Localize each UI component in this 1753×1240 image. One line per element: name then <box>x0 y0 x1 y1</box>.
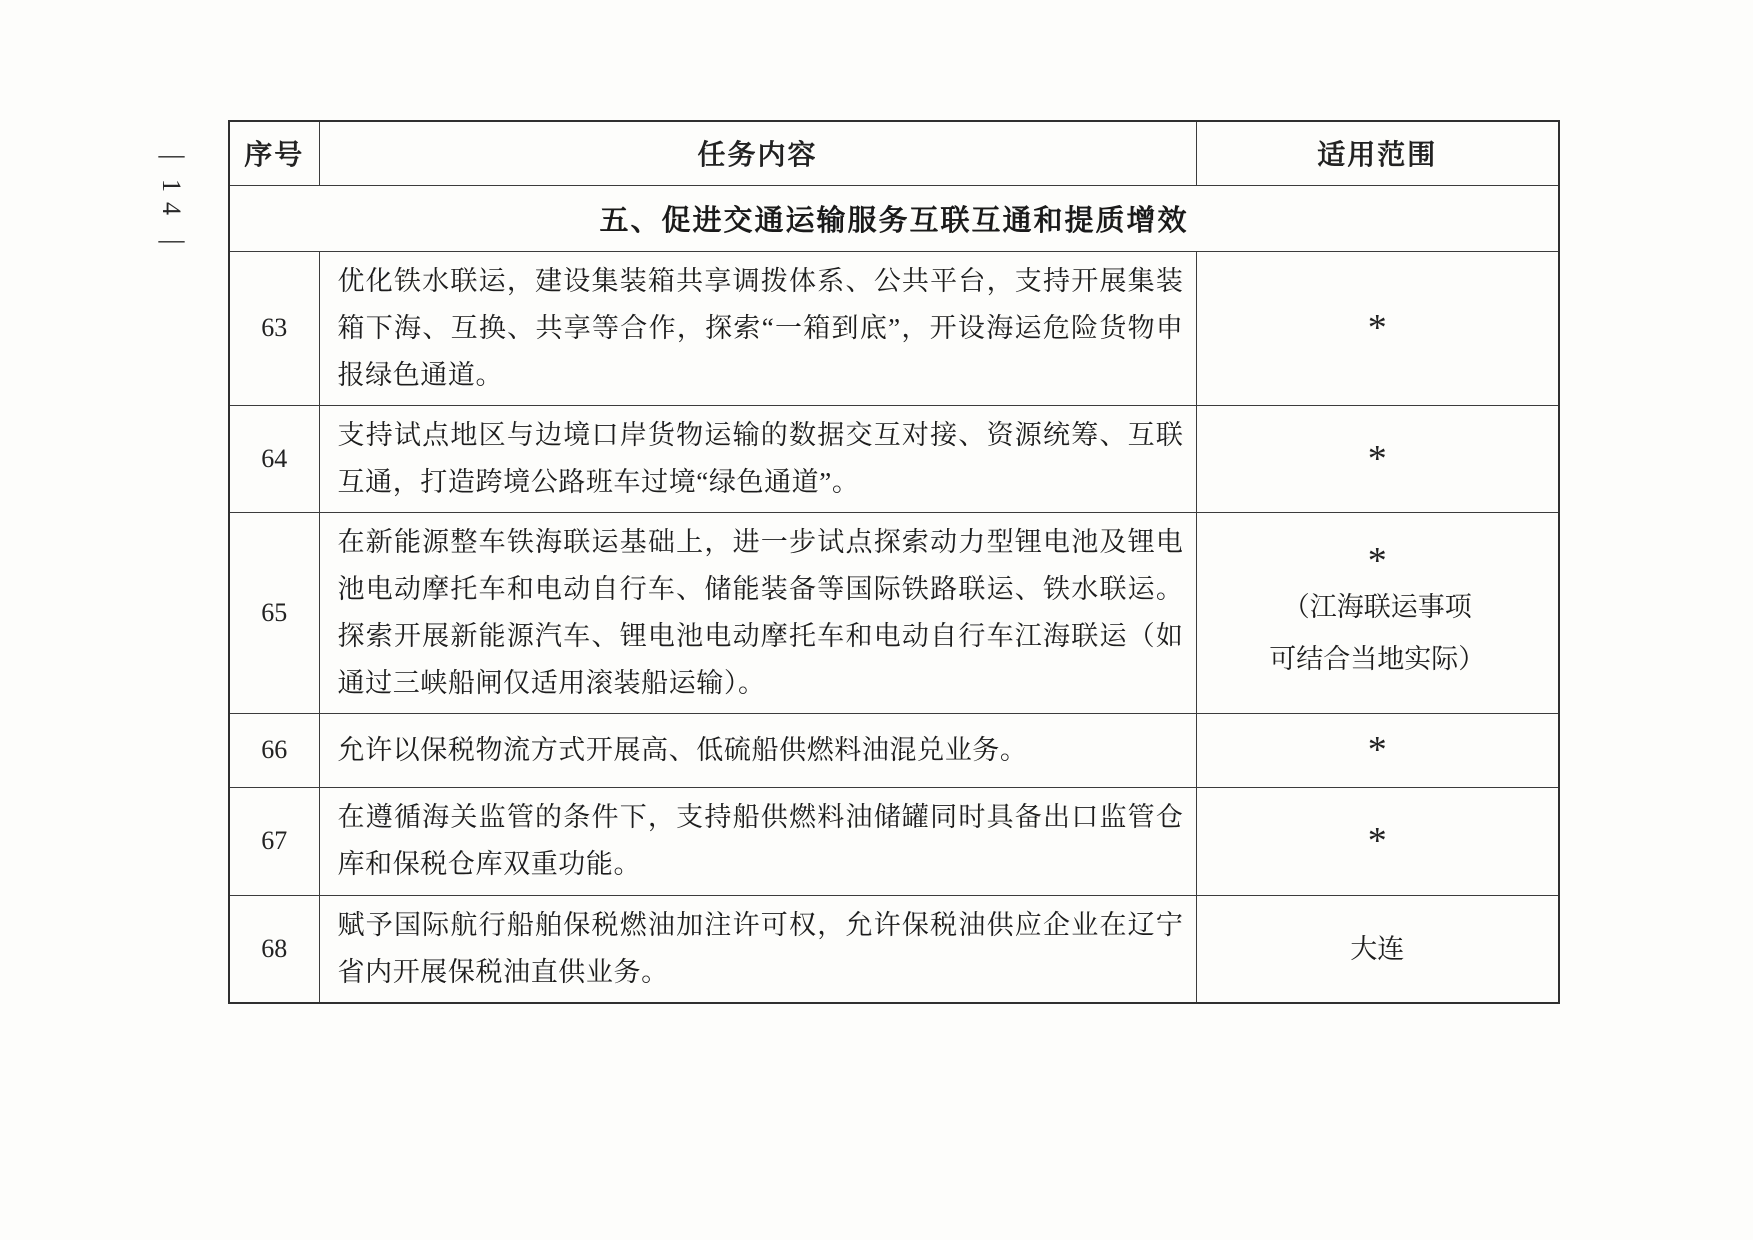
row-65-scope: * （江海联运事项 可结合当地实际） <box>1196 512 1559 713</box>
row-66-content: 允许以保税物流方式开展高、低硫船供燃料油混兑业务。 <box>319 713 1196 787</box>
row-65-content: 在新能源整车铁海联运基础上，进一步试点探索动力型锂电池及锂电池电动摩托车和电动自… <box>319 512 1196 713</box>
row-67-number: 67 <box>229 787 319 895</box>
row-63-content: 优化铁水联运，建设集装箱共享调拨体系、公共平台，支持开展集装箱下海、互换、共享等… <box>319 251 1196 405</box>
row-68-number: 68 <box>229 895 319 1003</box>
scope-note-line: （江海联运事项 <box>1198 581 1558 633</box>
table-row: 66 允许以保税物流方式开展高、低硫船供燃料油混兑业务。 * <box>229 713 1559 787</box>
row-68-content: 赋予国际航行船舶保税燃油加注许可权，允许保税油供应企业在辽宁省内开展保税油直供业… <box>319 895 1196 1003</box>
header-scope: 适用范围 <box>1196 121 1559 185</box>
table-row: 63 优化铁水联运，建设集装箱共享调拨体系、公共平台，支持开展集装箱下海、互换、… <box>229 251 1559 405</box>
asterisk-mark: * <box>1198 439 1558 479</box>
page-number: —14— <box>158 140 184 264</box>
row-65-number: 65 <box>229 512 319 713</box>
row-64-number: 64 <box>229 405 319 512</box>
table-header-row: 序号 任务内容 适用范围 <box>229 121 1559 185</box>
row-68-scope: 大连 <box>1196 895 1559 1003</box>
row-64-content: 支持试点地区与边境口岸货物运输的数据交互对接、资源统筹、互联互通，打造跨境公路班… <box>319 405 1196 512</box>
row-66-scope: * <box>1196 713 1559 787</box>
row-63-number: 63 <box>229 251 319 405</box>
section-title: 五、促进交通运输服务互联互通和提质增效 <box>229 185 1559 251</box>
task-table: 序号 任务内容 适用范围 五、促进交通运输服务互联互通和提质增效 63 优化铁水… <box>228 120 1560 1004</box>
asterisk-mark: * <box>1198 730 1558 770</box>
row-67-content: 在遵循海关监管的条件下，支持船供燃料油储罐同时具备出口监管仓库和保税仓库双重功能… <box>319 787 1196 895</box>
page-number-dash-top: — <box>157 140 186 179</box>
page-number-value: 14 <box>157 179 186 225</box>
table-row: 65 在新能源整车铁海联运基础上，进一步试点探索动力型锂电池及锂电池电动摩托车和… <box>229 512 1559 713</box>
asterisk-mark: * <box>1198 308 1558 348</box>
row-64-scope: * <box>1196 405 1559 512</box>
asterisk-mark: * <box>1198 821 1558 861</box>
scope-note-line: 可结合当地实际） <box>1198 633 1558 685</box>
table-row: 64 支持试点地区与边境口岸货物运输的数据交互对接、资源统筹、互联互通，打造跨境… <box>229 405 1559 512</box>
row-63-scope: * <box>1196 251 1559 405</box>
table-row: 68 赋予国际航行船舶保税燃油加注许可权，允许保税油供应企业在辽宁省内开展保税油… <box>229 895 1559 1003</box>
row-67-scope: * <box>1196 787 1559 895</box>
table-row: 67 在遵循海关监管的条件下，支持船供燃料油储罐同时具备出口监管仓库和保税仓库双… <box>229 787 1559 895</box>
row-66-number: 66 <box>229 713 319 787</box>
section-row: 五、促进交通运输服务互联互通和提质增效 <box>229 185 1559 251</box>
header-content: 任务内容 <box>319 121 1196 185</box>
header-no: 序号 <box>229 121 319 185</box>
asterisk-mark: * <box>1198 541 1558 581</box>
page-number-dash-bottom: — <box>157 225 186 264</box>
